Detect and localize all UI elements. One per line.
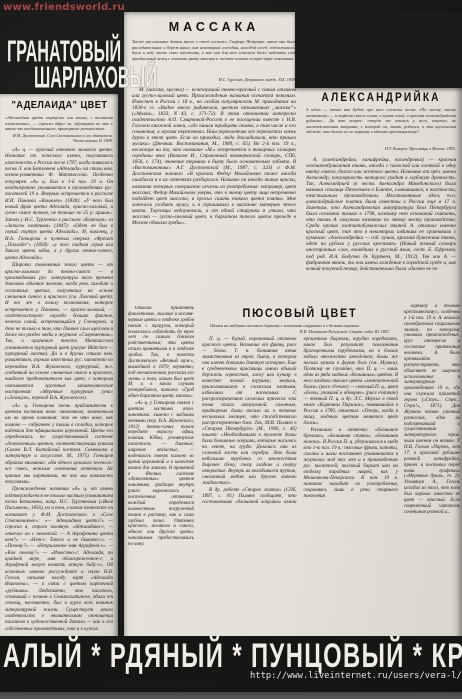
massaka-paragraph: М. (масака, мусака) — исчезнувший темно-… — [132, 87, 296, 226]
reversed-headline-block: ЧЕРВОННЫЙ ЧЕРВЛЕНЫЙ — [295, 12, 462, 88]
scan-edge-strip — [0, 692, 462, 699]
adelaida-paragraph-continued: «А» ц. у Гончарова связан с цветом костю… — [128, 401, 194, 548]
adelaida-epigraph: «Аделаидина цвета сюртучок или атлас, с … — [5, 115, 113, 132]
alexandriika-epigraph: А идет — точно как будто про него сложен… — [306, 107, 456, 135]
watermark-top: www.friendsworld.ru — [3, 2, 125, 14]
adelaida-section-title: "АДЕЛАИДА" ЦВЕТ — [11, 99, 106, 111]
narrow-continuation-column: Обычай применять фиолетовые, лиловые и и… — [128, 306, 194, 630]
scanned-book-page: www.friendsworld.ru ГРАНАТОВЫЙ ШАРЛАХОВЫ… — [0, 0, 462, 699]
massaka-epigraph: Также рассказывал Антон много о своей го… — [132, 39, 296, 61]
alexandriika-paragraph-continued: карману и обычаю крестьянскому»; особенн… — [404, 304, 460, 516]
pyusovyi-paragraph: П. ц. — бурый, коричневый оттенок красно… — [202, 337, 297, 487]
adelaida-paragraph: Происхождение названия «А» ц. от имени п… — [5, 487, 113, 633]
right-page: МАССАКА Также рассказывал Антон много о … — [124, 12, 462, 640]
massaka-section-title: МАССАКА — [124, 20, 300, 34]
alexandriika-attribution: И.Т. Кокорев. Ярославцы в Москве. 1853. — [306, 147, 456, 152]
adelaida-attribution: Ф.М. Достоевский. Село Степанчиково и ег… — [5, 134, 113, 144]
alexandriika-paragraph: А. (александрейка, канифрейка, касандров… — [306, 157, 456, 272]
pyusovyi-paragraph: Различали и оттенки: «блошиное брюшко», … — [304, 428, 399, 500]
banner-color-names: АЛЫЙ * РДЯНЫЙ * ПУНЦОВЫЙ * КРОВАВЫЙ * КУ… — [3, 638, 462, 675]
adelaida-paragraph: Широта толкования этого цвета — от красн… — [5, 263, 113, 403]
adelaida-paragraph: «А» ц. Гончарова очень приблизителен к ц… — [5, 404, 113, 486]
alexandriika-continuation-column: карману и обычаю крестьянскому»; особенн… — [404, 304, 460, 630]
pyusovyi-attribution: П.И. Мельников-Печерский. Старые годы. I… — [210, 330, 390, 335]
pyusovyi-body-columns: П. ц. — бурый, коричневый оттенок красно… — [202, 337, 398, 506]
pyusovyi-section: ПЮСОВЫЙ ЦВЕТ Шапки на гайдуках пюсового … — [202, 302, 398, 632]
adelaida-paragraph: «А» ц. — красный оттенок лилового цвета.… — [5, 148, 113, 262]
left-page-column: "АДЕЛАИДА" ЦВЕТ «Аделаидина цвета сюртуч… — [0, 94, 118, 637]
pyusovyi-section-title: ПЮСОВЫЙ ЦВЕТ — [212, 306, 388, 320]
headline-sharlakhovyi: ШАРЛАХОВЫЙ — [34, 63, 157, 93]
watermark-bottom: http://www.liveinternet.ru/users/vera-l/ — [250, 671, 462, 682]
massaka-body-column: М. (масака, мусака) — исчезнувший темно-… — [132, 87, 296, 298]
alexandriika-body-column: А. (александрейка, канифрейка, касандров… — [306, 157, 456, 304]
pyusovyi-epigraph: Шапки на гайдуках пюсового бархату с зол… — [210, 323, 390, 329]
massaka-paragraph-continued: Обычай применять фиолетовые, лиловые и и… — [128, 306, 194, 400]
alexandriika-section-title: АЛЕКСАНДРИЙКА — [312, 90, 450, 104]
